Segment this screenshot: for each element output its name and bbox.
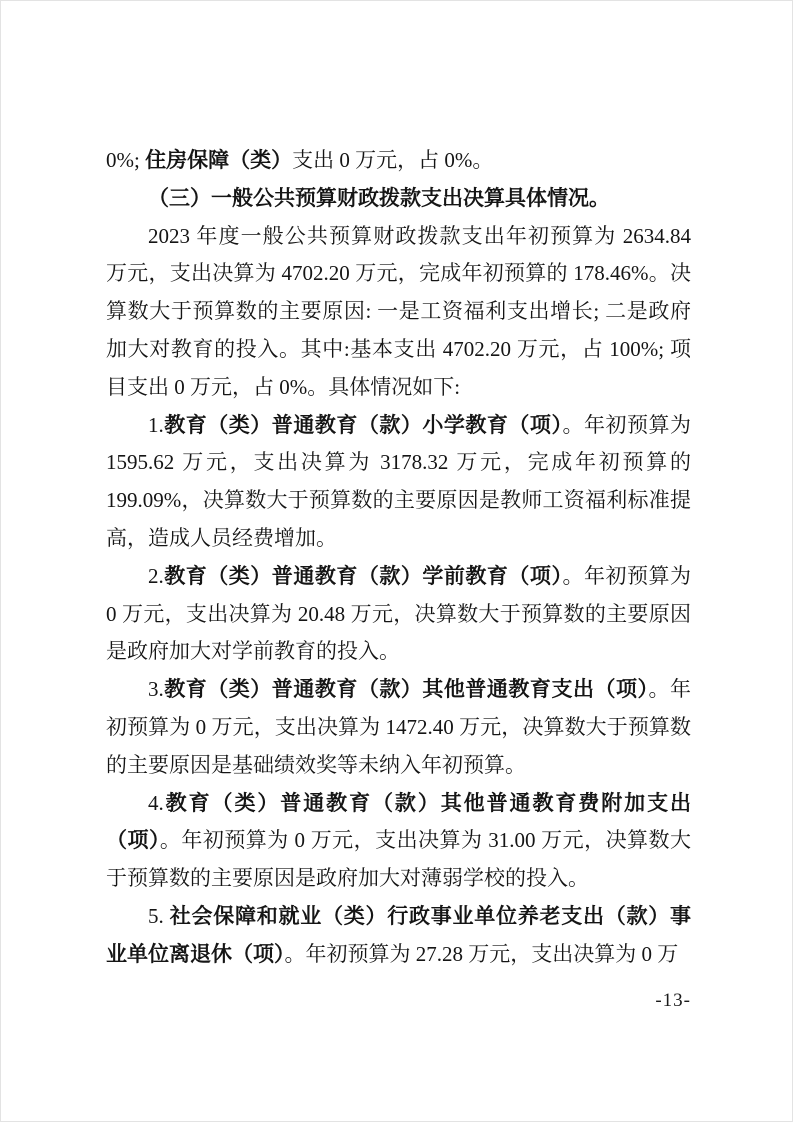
para-item-1-primary-education: 1.教育（类）普通教育（款）小学教育（项）。年初预算为 1595.62 万元，支…	[106, 407, 691, 558]
page-number: -13-	[655, 989, 691, 1013]
bold-text-run: 教育（类）普通教育（款）其他普通教育支出（项）	[164, 677, 649, 701]
text-run: 3.	[148, 677, 164, 701]
text-run: 1.	[148, 413, 164, 437]
text-run: 支出 0 万元，占 0%。	[292, 148, 493, 172]
para-item-3-other-general-education: 3.教育（类）普通教育（款）其他普通教育支出（项）。年初预算为 0 万元，支出决…	[106, 671, 691, 784]
para-continuation-housing: 0%; 住房保障（类）支出 0 万元，占 0%。	[106, 142, 691, 180]
text-run: 5.	[148, 904, 170, 928]
bold-text-run: （三）一般公共预算财政拨款支出决算具体情况。	[148, 186, 610, 210]
text-run: 2023 年度一般公共预算财政拨款支出年初预算为 2634.84 万元，支出决算…	[106, 224, 691, 399]
para-overview-2023: 2023 年度一般公共预算财政拨款支出年初预算为 2634.84 万元，支出决算…	[106, 218, 691, 407]
document-page: 0%; 住房保障（类）支出 0 万元，占 0%。（三）一般公共预算财政拨款支出决…	[0, 0, 793, 1122]
para-item-5-social-security-retirement: 5. 社会保障和就业（类）行政事业单位养老支出（款）事业单位离退休（项）。年初预…	[106, 898, 691, 974]
text-run: 。年初预算为 0 万元，支出决算为 31.00 万元，决算数大于预算数的主要原因…	[106, 828, 691, 890]
bold-text-run: 教育（类）普通教育（款）小学教育（项）	[164, 413, 563, 437]
text-run: 。年初预算为 27.28 万元，支出决算为 0 万	[285, 942, 679, 966]
para-item-2-preschool-education: 2.教育（类）普通教育（款）学前教育（项）。年初预算为 0 万元，支出决算为 2…	[106, 558, 691, 671]
bold-text-run: 住房保障（类）	[145, 148, 292, 172]
heading-section-three: （三）一般公共预算财政拨款支出决算具体情况。	[106, 180, 691, 218]
document-body: 0%; 住房保障（类）支出 0 万元，占 0%。（三）一般公共预算财政拨款支出决…	[106, 142, 691, 974]
text-run: 0%;	[106, 148, 145, 172]
text-run: 4.	[148, 791, 164, 815]
bold-text-run: 教育（类）普通教育（款）学前教育（项）	[164, 564, 563, 588]
text-run: 2.	[148, 564, 164, 588]
para-item-4-education-surcharge: 4.教育（类）普通教育（款）其他普通教育费附加支出（项）。年初预算为 0 万元，…	[106, 785, 691, 898]
